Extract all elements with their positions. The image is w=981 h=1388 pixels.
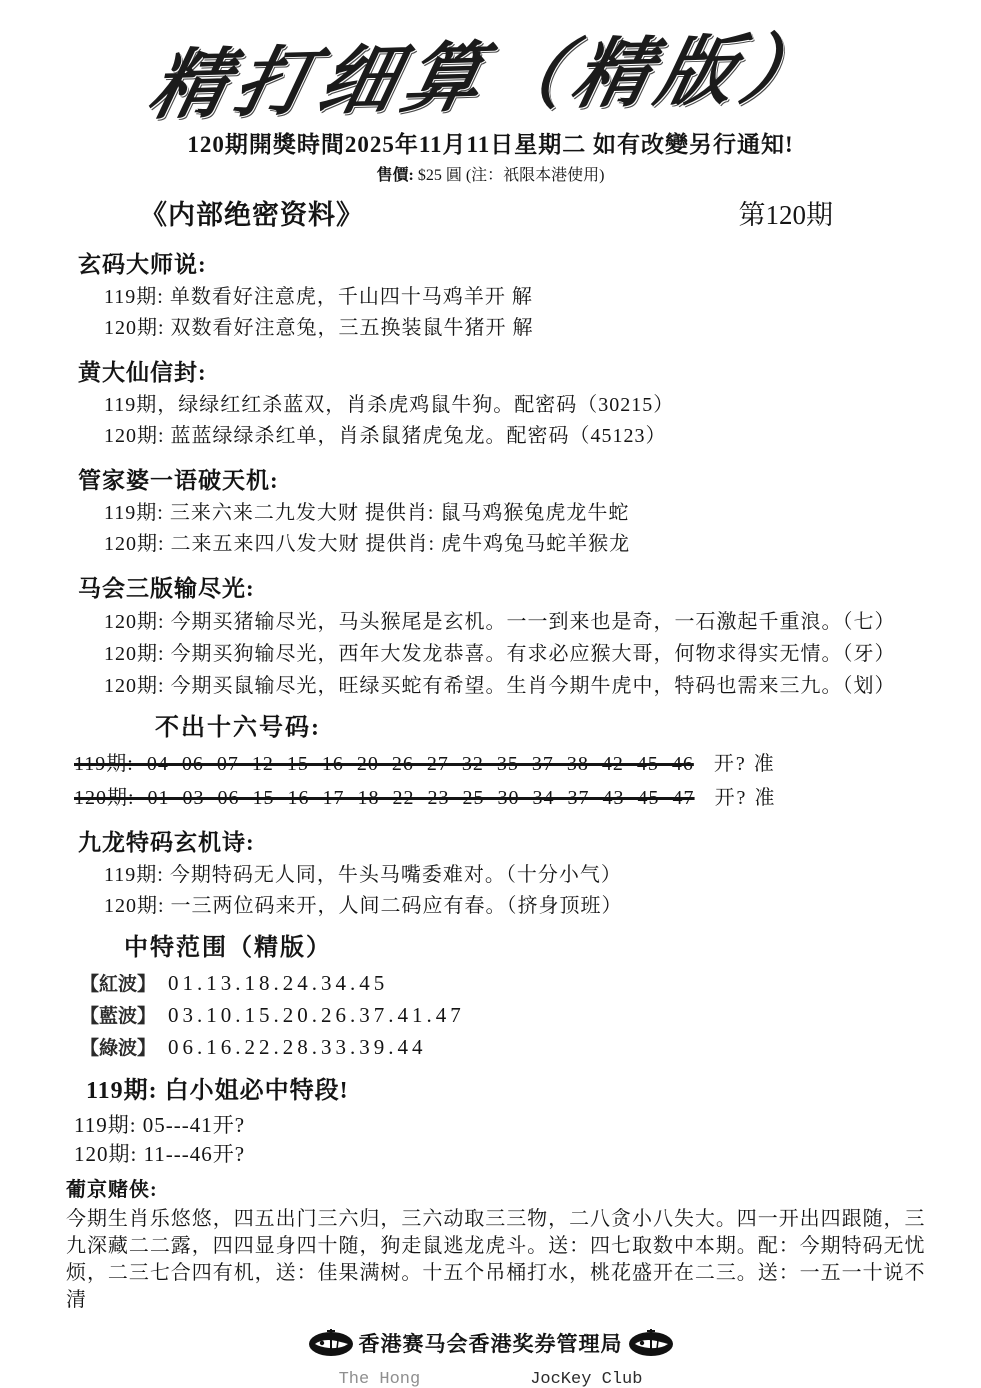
- section-xuanma: 玄码大师说: 119期: 单数看好注意虎，千山四十马鸡羊开 解 120期: 双数…: [0, 251, 981, 341]
- footer-organization: 香港赛马会香港奖券管理局: [0, 1328, 981, 1358]
- section-heading-pujing: 葡京赌侠:: [66, 1177, 981, 1203]
- section-guanjiapo: 管家婆一语破天机: 119期: 三来六来二九发大财 提供肖: 鼠马鸡猴兔虎龙牛蛇…: [0, 467, 981, 557]
- pujing-paragraph: 今期生肖乐悠悠，四五出门三六归，三六动取三三物，二八贪小八失大。四一开出四跟随，…: [66, 1206, 925, 1314]
- wave-numbers-green: 06.16.22.28.33.39.44: [168, 1035, 427, 1059]
- issue-number: 第120期: [739, 197, 834, 233]
- section-line: 120期: 一三两位码来开，人间二码应有春。（挤身顶班）: [104, 893, 981, 919]
- section-baixiaojie: 119期: 白小姐必中特段! 119期: 05---41开? 120期: 11-…: [0, 1076, 981, 1167]
- section-line: 119期: 今期特码无人同，牛头马嘴委难对。（十分小气）: [104, 862, 981, 888]
- section-mahui: 马会三版输尽光: 120期: 今期买猪输尽光，马头猴尾是玄机。一一到来也是奇，一…: [0, 575, 981, 699]
- section-line: 119期: 05---41开?: [74, 1112, 981, 1138]
- wave-row-blue: 【藍波】03.10.15.20.26.37.41.47: [80, 1002, 981, 1030]
- section-heading-jiulong: 九龙特码玄机诗:: [78, 829, 981, 857]
- row-suffix: 开? 准: [714, 753, 776, 775]
- section-buchu: 不出十六号码: 119期: 04 06 07 12 15 16 20 26 27…: [0, 713, 981, 811]
- footer-organization-name: 香港赛马会香港奖券管理局: [359, 1328, 623, 1358]
- tip-sheet-page: 精打细算（精版） 120期開獎時間2025年11月11日星期二 如有改變另行通知…: [0, 0, 981, 1388]
- document-title-row: 《内部绝密资料》 第120期: [140, 197, 833, 233]
- footer-text-left: The Hong: [339, 1370, 421, 1388]
- section-line: 119期: 三来六来二九发大财 提供肖: 鼠马鸡猴兔虎龙牛蛇: [104, 500, 981, 526]
- section-heading-zhongte: 中特范围（精版）: [124, 933, 981, 963]
- section-heading-mahui: 马会三版输尽光:: [78, 575, 981, 603]
- price-text: $25 圓 (注：祇限本港使用): [418, 167, 605, 184]
- price-label: 售價:: [376, 167, 413, 184]
- section-line: 120期: 今期买猪输尽光，马头猴尾是玄机。一一到来也是奇，一石激起千重浪。（七…: [104, 609, 981, 635]
- section-jiulong: 九龙特码玄机诗: 119期: 今期特码无人同，牛头马嘴委难对。（十分小气） 12…: [0, 829, 981, 919]
- footer-english-row: The Hong JocKey Club: [0, 1370, 981, 1388]
- wave-label-blue: 【藍波】: [80, 1006, 156, 1027]
- section-heading-xuanma: 玄码大师说:: [78, 251, 981, 279]
- wave-row-green: 【綠波】06.16.22.28.33.39.44: [80, 1034, 981, 1062]
- wave-numbers-red: 01.13.18.24.34.45: [168, 971, 388, 995]
- excluded-numbers-row: 119期: 04 06 07 12 15 16 20 26 27 32 35 3…: [74, 751, 981, 777]
- section-zhongte: 中特范围（精版） 【紅波】01.13.18.24.34.45 【藍波】03.10…: [0, 933, 981, 1062]
- section-line: 120期: 蓝蓝绿绿杀红单，肖杀鼠猪虎兔龙。配密码（45123）: [104, 423, 981, 449]
- document-title: 《内部绝密资料》: [140, 197, 364, 233]
- price-line: 售價:$25 圓 (注：祇限本港使用): [0, 165, 981, 187]
- section-line: 119期，绿绿红红杀蓝双，肖杀虎鸡鼠牛狗。配密码（30215）: [104, 392, 981, 418]
- jockey-club-logo-icon: [307, 1328, 355, 1358]
- section-heading-huangdaxian: 黄大仙信封:: [78, 359, 981, 387]
- section-line: 119期: 单数看好注意虎，千山四十马鸡羊开 解: [104, 284, 981, 310]
- calligraphy-title: 精打细算（精版）: [97, 8, 885, 132]
- section-line: 120期: 11---46开?: [74, 1141, 981, 1167]
- section-heading-buchu: 不出十六号码:: [155, 713, 981, 743]
- section-line: 120期: 二来五来四八发大财 提供肖: 虎牛鸡兔马蛇羊猴龙: [104, 531, 981, 557]
- section-heading-baixiaojie: 119期: 白小姐必中特段!: [86, 1076, 981, 1106]
- excluded-numbers-row: 120期: 01 03 06 15 16 17 18 22 23 25 30 3…: [74, 785, 981, 811]
- wave-label-red: 【紅波】: [80, 974, 156, 995]
- wave-numbers-blue: 03.10.15.20.26.37.41.47: [168, 1003, 465, 1027]
- footer-text-right: JocKey Club: [530, 1370, 642, 1388]
- section-heading-guanjiapo: 管家婆一语破天机:: [78, 467, 981, 495]
- wave-label-green: 【綠波】: [80, 1038, 156, 1059]
- section-huangdaxian: 黄大仙信封: 119期，绿绿红红杀蓝双，肖杀虎鸡鼠牛狗。配密码（30215） 1…: [0, 359, 981, 449]
- section-pujing: 葡京赌侠: 今期生肖乐悠悠，四五出门三六归，三六动取三三物，二八贪小八失大。四一…: [0, 1177, 981, 1314]
- wave-row-red: 【紅波】01.13.18.24.34.45: [80, 970, 981, 998]
- struck-numbers: 119期: 04 06 07 12 15 16 20 26 27 32 35 3…: [74, 753, 694, 775]
- row-suffix: 开? 准: [715, 787, 777, 809]
- section-line: 120期: 今期买鼠输尽光，旺绿买蛇有希望。生肖今期牛虎中，特码也需来三九。（划…: [104, 673, 981, 699]
- section-line: 120期: 今期买狗输尽光，西年大发龙恭喜。有求必应猴大哥，何物求得实无情。（牙…: [104, 641, 981, 667]
- jockey-club-logo-icon: [627, 1328, 675, 1358]
- struck-numbers: 120期: 01 03 06 15 16 17 18 22 23 25 30 3…: [74, 787, 695, 809]
- section-line: 120期: 双数看好注意兔，三五换装鼠牛猪开 解: [104, 315, 981, 341]
